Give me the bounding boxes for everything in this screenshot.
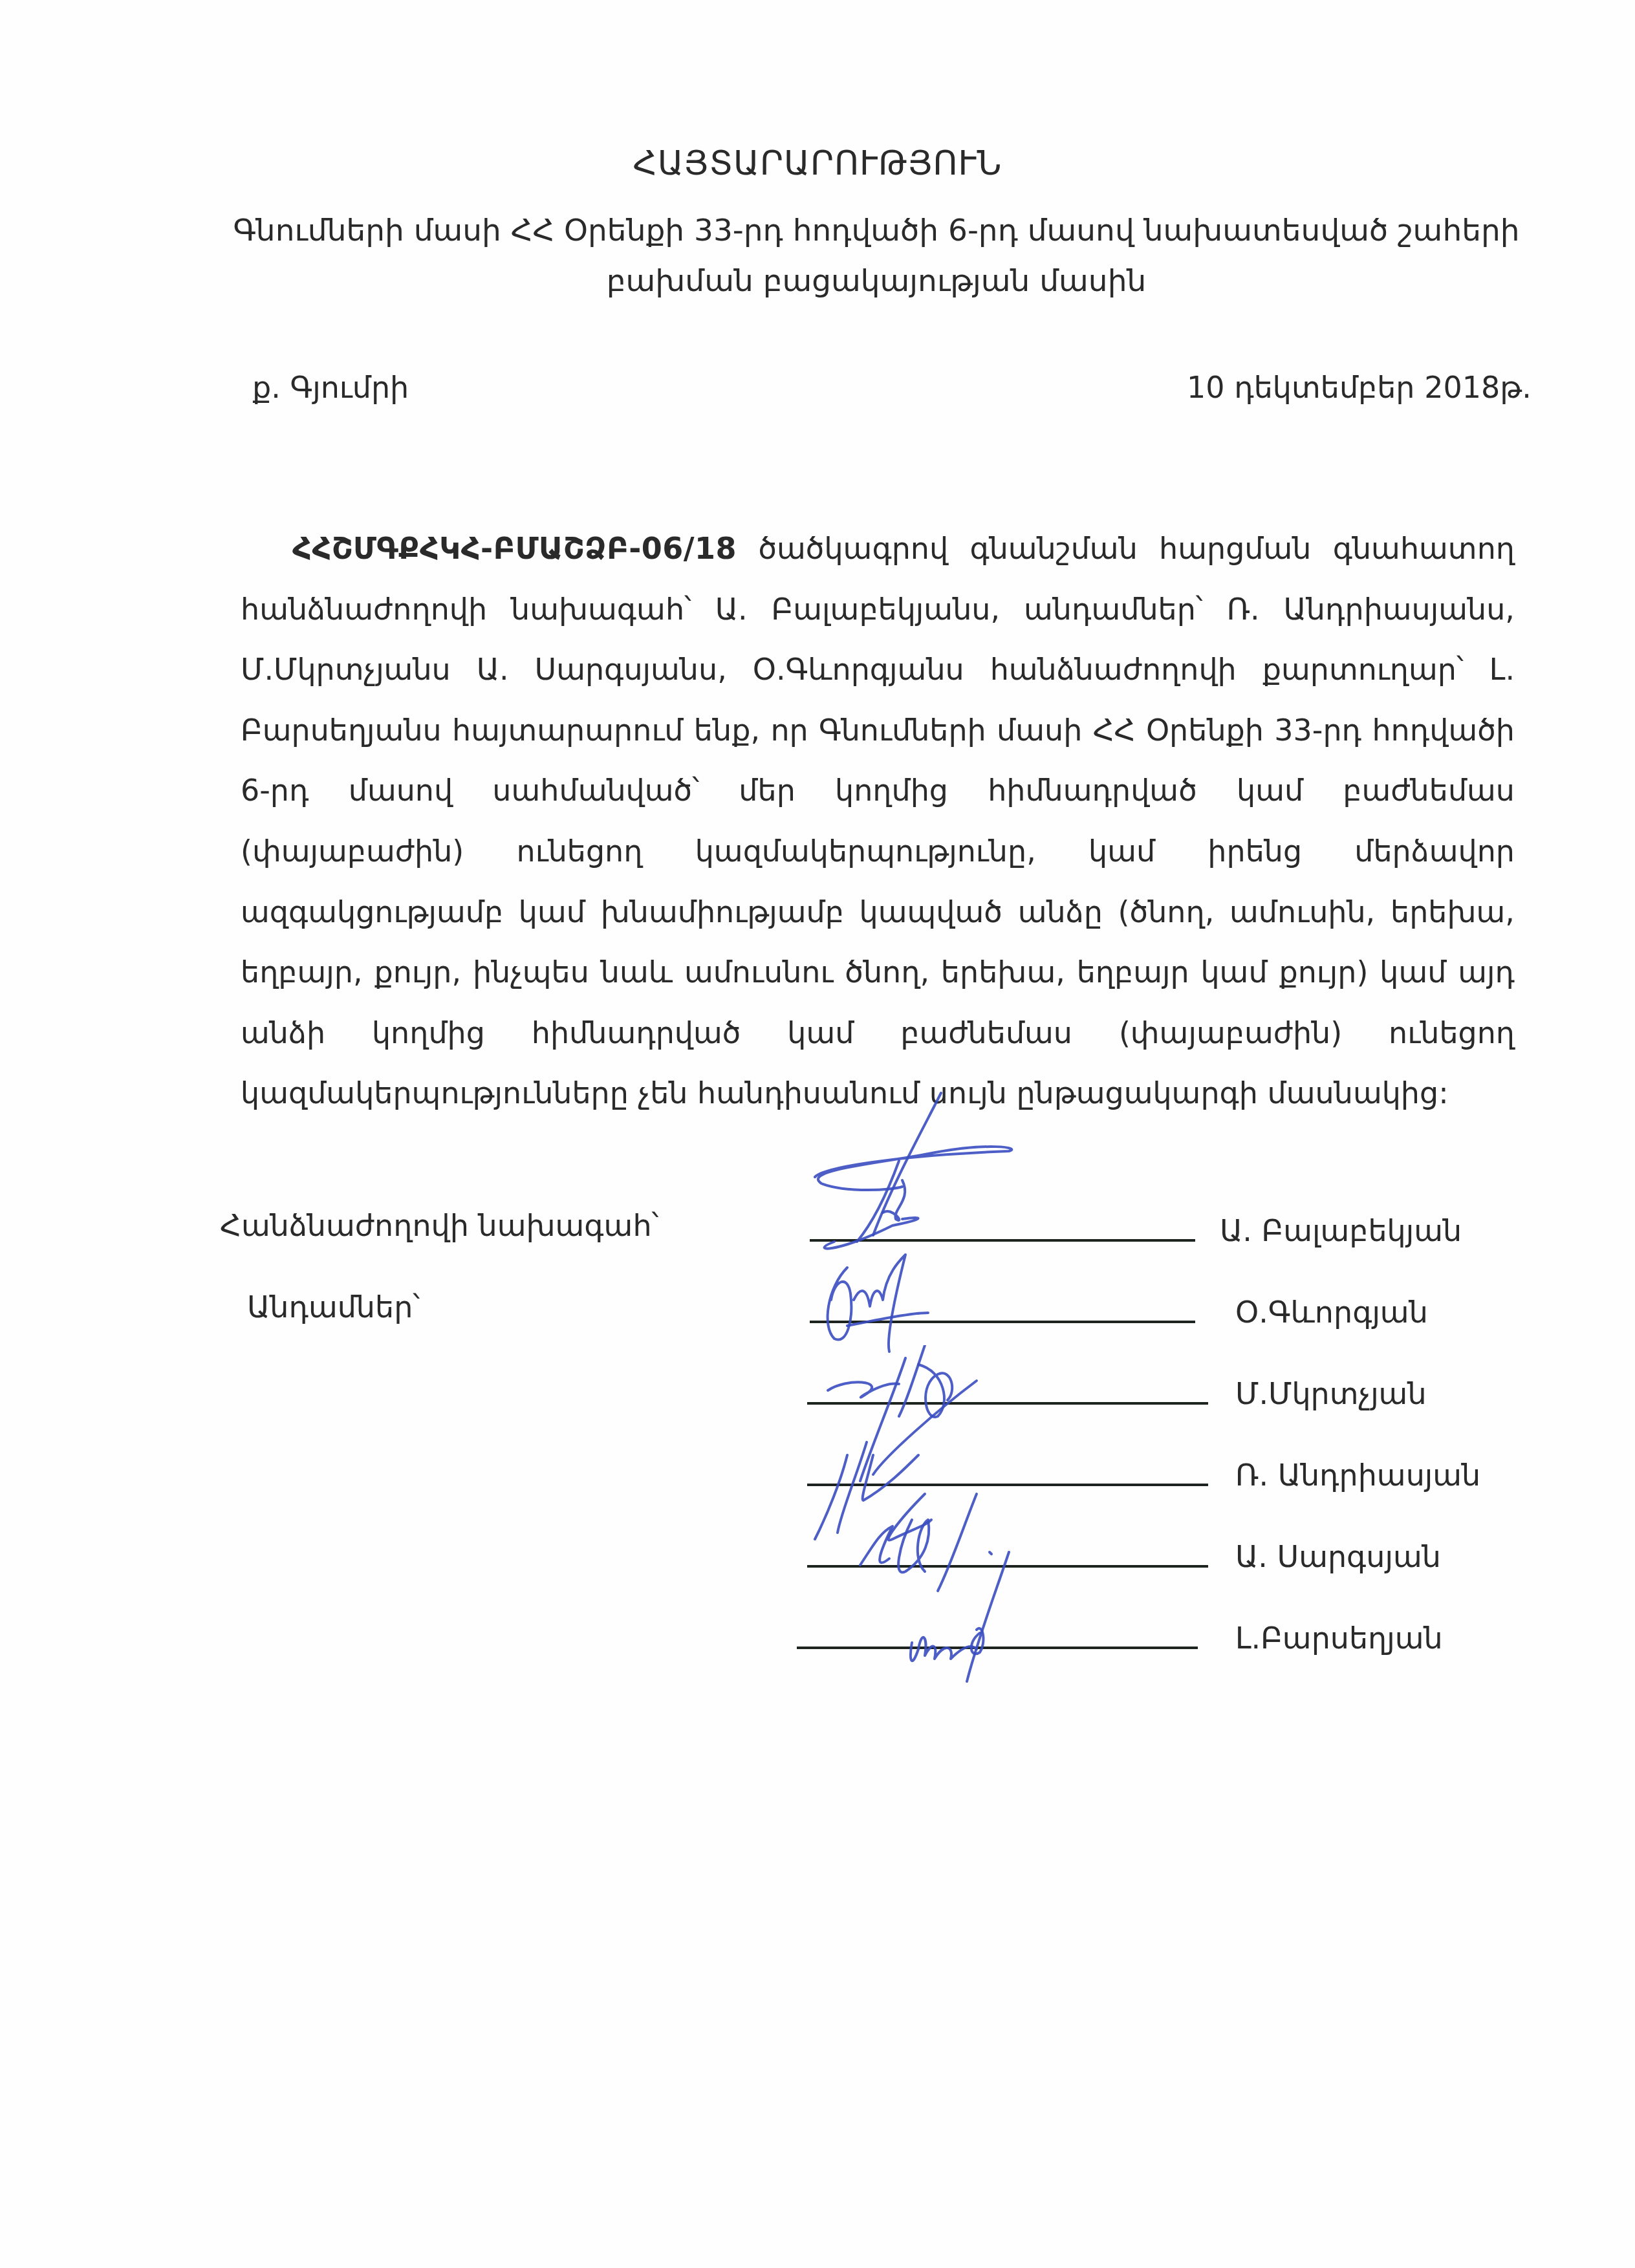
signature-line-chair	[810, 1239, 1195, 1242]
handwritten-signature-member-3	[802, 1416, 983, 1559]
handwritten-signature-member-1	[815, 1248, 944, 1358]
signatory-name: Մ.Մկրտչյան	[1235, 1376, 1427, 1411]
chair-label: Հանձնաժողովի նախագահ՝	[220, 1208, 659, 1243]
signatory-name: Ա. Սարգսյան	[1235, 1539, 1441, 1574]
signatory-name: Ռ. Անդրիասյան	[1235, 1458, 1480, 1493]
members-label: Անդամներ՝	[247, 1290, 420, 1324]
signature-line-member-2	[807, 1402, 1208, 1405]
signature-line-member-4	[807, 1565, 1208, 1568]
signature-line-member-1	[810, 1321, 1195, 1323]
place-of-issue: ք. Գյումրի	[252, 370, 409, 405]
signatory-name: Ա. Բալաբեկյան	[1220, 1213, 1462, 1248]
declaration-text: ծածկագրով գնանշման հարցման գնահատող հանձ…	[241, 531, 1515, 1110]
document-date: 10 դեկտեմբեր 2018թ.	[1187, 370, 1532, 405]
handwritten-signature-member-2	[808, 1345, 1015, 1487]
signature-line-member-5	[797, 1647, 1198, 1649]
handwritten-signature-member-4	[841, 1487, 1022, 1604]
procedure-code: ՀՀՇՄԳՔՀԿՀ-ԲՄԱՇՁԲ-06/18	[292, 531, 737, 566]
document-page: ՀԱՅՏԱՐԱՐՈՒԹՅՈՒՆ Գնումների մասի ՀՀ Օրենքի…	[0, 0, 1635, 2268]
signature-line-member-3	[807, 1484, 1208, 1486]
declaration-body: ՀՀՇՄԳՔՀԿՀ-ԲՄԱՇՁԲ-06/18 ծածկագրով գնանշմա…	[241, 519, 1515, 1124]
signatory-name: Օ.Գևորգյան	[1235, 1295, 1428, 1330]
signatory-name: Լ.Բարսեղյան	[1235, 1621, 1443, 1656]
document-title: ՀԱՅՏԱՐԱՐՈՒԹՅՈՒՆ	[0, 144, 1635, 183]
document-subtitle: Գնումների մասի ՀՀ Օրենքի 33-րդ հոդվածի 6…	[233, 206, 1520, 307]
